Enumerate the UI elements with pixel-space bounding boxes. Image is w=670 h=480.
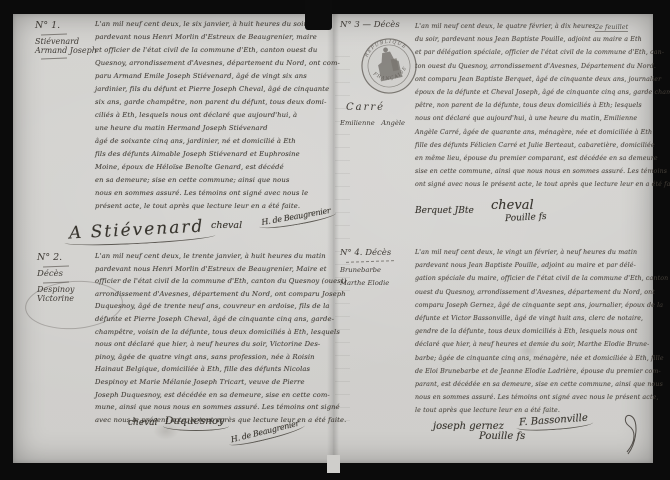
- signature-stievenard: A Stiévenard: [69, 216, 205, 243]
- act-2-text-line: mune, ainsi que nous nous en sommes assu…: [95, 401, 335, 414]
- signature-cheval: cheval: [211, 220, 242, 231]
- left-page: N° 1. StiévenardArmand Joseph L'an mil n…: [13, 14, 333, 463]
- act-4-text-line: comparu Joseph Gernez, âgé de cinquante …: [415, 299, 651, 312]
- act-4-text-line: parant, est décédée en sa demeure, sise …: [415, 378, 651, 391]
- act-3-deceased-name: Carré: [346, 102, 385, 113]
- scanned-register-image: N° 1. StiévenardArmand Joseph L'an mil n…: [0, 0, 670, 480]
- act-2-text-line: arrondissement d'Avesnes, département du…: [95, 288, 335, 301]
- act-3-text-line: nous ont déclaré que aujourd'hui, à une …: [415, 112, 651, 125]
- act-4-text-line: pardevant nous Jean Baptiste Pouille, ad…: [415, 259, 651, 272]
- act-2-text-line: défunte et Pierre Joseph Cheval, âgé de …: [95, 313, 335, 326]
- act-1-text-line: en sa demeure; sise en cette commune; ai…: [95, 174, 333, 187]
- register-double-page: N° 1. StiévenardArmand Joseph L'an mil n…: [13, 14, 653, 463]
- act-4-text-line: ouest du Quesnoy, arrondissement d'Avesn…: [415, 286, 651, 299]
- act-1-text-line: paru Armand Emile Joseph Stiévenard, âgé…: [95, 70, 333, 83]
- act-3-text-line: ont signé avec nous le présent acte, le …: [415, 178, 651, 191]
- signature-adjoint-pouille: Pouille fs: [505, 212, 547, 224]
- act-4-text-line: nous en sommes assuré. Les témoins ont s…: [415, 391, 651, 404]
- right-page: 2e feuillet N° 3 — Décès: [333, 14, 653, 463]
- signature-berquet: Berquet JBte: [415, 206, 474, 216]
- act-1-text-line: nous en sommes assuré. Les témoins ont s…: [95, 187, 333, 200]
- act-4-text-line: L'an mil neuf cent deux, le vingt un fév…: [415, 246, 651, 259]
- act-1-text-line: fils des défunts Aimable Joseph Stiévena…: [95, 148, 333, 161]
- act-2-text-line: Joseph Duquesnoy, est décédée en sa deme…: [95, 389, 335, 402]
- act-3-text-line: Angèle Carré, âgée de quarante ans, ména…: [415, 126, 651, 139]
- act-3-text-line: du soir, pardevant nous Jean Baptiste Po…: [415, 33, 651, 46]
- act-1-text-line: Quesnoy, arrondissement d'Avesnes, dépar…: [95, 57, 333, 70]
- act-3-text-line: ont comparu Jean Baptiste Berquet, âgé d…: [415, 73, 651, 86]
- paper-edge-notch: [327, 455, 340, 473]
- act-1-text-line: pardevant nous Henri Morlin d'Estreux de…: [95, 31, 333, 44]
- act-3-text: L'an mil neuf cent deux, le quatre févri…: [415, 20, 651, 192]
- act-3-text-line: sise en cette commune, ainsi que nous no…: [415, 165, 651, 178]
- act-1-text-line: et officier de l'état civil de la commun…: [95, 44, 333, 57]
- paper-stain: [153, 422, 179, 440]
- act-3-signatures: Berquet JBte cheval Pouille fs: [415, 200, 635, 240]
- act-1-text-line: une heure du matin Hermand Joseph Stiéve…: [95, 122, 333, 135]
- signature-adjoint-pouille: Pouille fs: [479, 431, 525, 442]
- act-3-text-line: époux de la défunte et Cheval Joseph, âg…: [415, 86, 651, 99]
- margin-flourish-line: [41, 34, 67, 36]
- act-3-text-line: pêtre, non parent de la défunte, tous de…: [415, 99, 651, 112]
- act-2-text-line: Despinoy et Marie Mélanie Joseph Tricart…: [95, 376, 335, 389]
- act-4-text-line: défunte et Victor Bassonville, âgé de vi…: [415, 312, 651, 325]
- act-3-deceased-name: Emilienne Angèle: [340, 119, 405, 127]
- margin-flourish-line: [43, 266, 69, 268]
- act-1-text-line: L'an mil neuf cent deux, le six janvier,…: [95, 18, 333, 31]
- act-4-text-line: gendre de la défunte, tous deux domicili…: [415, 325, 651, 338]
- act-2-text-line: officier de l'état civil de la commune d…: [95, 275, 335, 288]
- act-4-text: L'an mil neuf cent deux, le vingt un fév…: [415, 246, 651, 418]
- act-2-text-line: nous ont déclaré que hier, à neuf heures…: [95, 338, 335, 351]
- act-1-text-line: âgé de soixante cinq ans, jardinier, né …: [95, 135, 333, 148]
- act-1-text: L'an mil neuf cent deux, le six janvier,…: [95, 18, 333, 213]
- act-3-text-line: en même lieu, épouse du premier comparan…: [415, 152, 651, 165]
- margin-flourish-line: [346, 260, 394, 263]
- act-3-text-line: et par délégation spéciale, officier de …: [415, 46, 651, 59]
- margin-flourish-line: [41, 58, 67, 60]
- act-3-text-line: L'an mil neuf cent deux, le quatre févri…: [415, 20, 651, 33]
- act-1-text-line: Moine, époux de Héloïse Benoîte Genard, …: [95, 161, 333, 174]
- signature-cheval: cheval: [491, 198, 534, 213]
- act-1-signatures: A Stiévenard cheval H. de Beaugrenier: [83, 212, 333, 254]
- republique-francaise-stamp-icon: RÉPUBLIQUE FRANÇAISE: [353, 30, 424, 101]
- paper-stain: [518, 344, 538, 358]
- act-4-text-line: de Eloi Brunebarbe et de Jeanne Elodie L…: [415, 365, 651, 378]
- act-1-text-line: ciliés à Eth, lesquels nous ont déclaré …: [95, 109, 333, 122]
- act-2-text-line: champêtre, voisin de la défunte, tous de…: [95, 326, 335, 339]
- pen-flourish-icon: [615, 412, 641, 460]
- act-2-text-line: Hainaut Belgique, domiciliée à Eth, fill…: [95, 363, 335, 376]
- act-4-signatures: joseph gernez F. Bassonville Pouille fs: [433, 418, 653, 462]
- act-1-text-line: six ans, garde champêtre, non parent du …: [95, 96, 333, 109]
- act-4-text-line: gation spéciale du maire, officier de l'…: [415, 272, 651, 285]
- act-2-text: L'an mil neuf cent deux, le trente janvi…: [95, 250, 335, 426]
- act-3-text-line: fille des défunts Félicien Carré et Juli…: [415, 139, 651, 152]
- act-1-text-line: jardinier, fils du défunt et Pierre Jose…: [95, 83, 333, 96]
- binding-notch: [305, 0, 332, 30]
- act-2-text-line: pinoy, âgée de quatre vingt ans, sans pr…: [95, 351, 335, 364]
- act-2-text-line: pardevant nous Henri Morlin d'Estreux de…: [95, 263, 335, 276]
- signature-mayor-beaugrenier: H. de Beaugrenier: [230, 419, 300, 445]
- act-2-text-line: L'an mil neuf cent deux, le trente janvi…: [95, 250, 335, 263]
- act-3-text-line: ton ouest du Quesnoy, arrondissement d'A…: [415, 60, 651, 73]
- act-2-text-line: Duquesnoy, âgé de trente neuf ans, couvr…: [95, 300, 335, 313]
